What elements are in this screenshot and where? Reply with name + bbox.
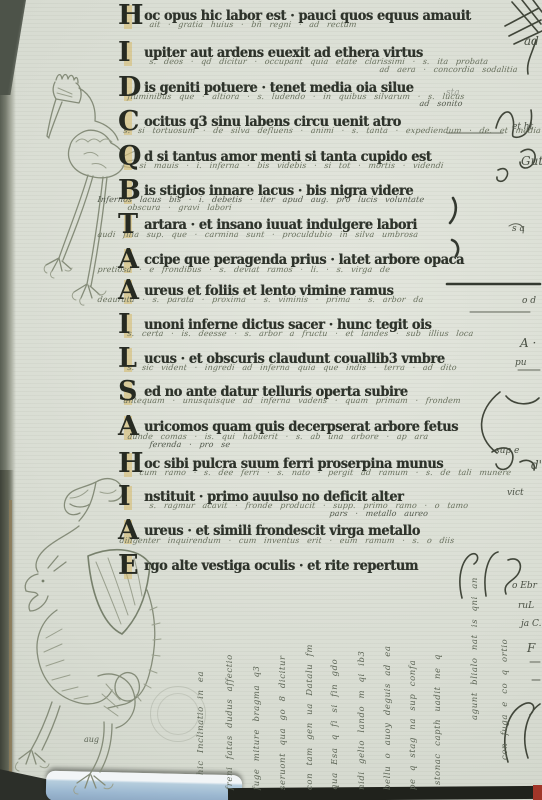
verse-initial: B [118, 176, 144, 206]
manuscript-page: aug Hoc opus hic labor est · pauci quos … [0, 0, 542, 800]
vertical-gloss-column: pe q stag na sup confa [408, 575, 418, 790]
interlinear-gloss: ferenda · pro se [149, 440, 231, 449]
verse-initial: I [118, 38, 144, 68]
vertical-gloss-column: bellu o auoy deguis ad ea [383, 578, 393, 790]
margin-annotation: sta [446, 88, 460, 98]
margin-annotation: ad [524, 34, 539, 48]
interlinear-gloss: si mauis · i. inferna · bis videbis · si… [139, 161, 444, 170]
margin-annotation: et ht [512, 122, 533, 132]
vertical-gloss-column: fuge miture bragma q3 [252, 578, 262, 790]
vertical-gloss-column: qua Esa q fi si fin gdo [330, 578, 340, 790]
interlinear-gloss: fluminibus que · altiora · s. ludendo · … [127, 92, 465, 101]
vertical-gloss-column: freni fatas dudus affectio [225, 578, 235, 790]
margin-annotation: ja C. [521, 619, 541, 629]
interlinear-gloss: pars · metallo aureo [329, 509, 428, 518]
margin-annotation: s a [512, 224, 525, 234]
verse-initial: I [118, 482, 144, 512]
vertical-gloss-column: hic Inclinatio in ea [196, 620, 206, 775]
vertical-gloss-column: seruont qua go 8 dicitur [278, 578, 288, 790]
interlinear-gloss: s. certa · is. deesse · s. arbor a fruct… [127, 329, 474, 338]
verse-initial: H [118, 449, 144, 479]
interlinear-gloss: ait · gratia huius · bñ regni · ad rectu… [149, 20, 357, 29]
interlinear-gloss: s. si tortuosum · de silva defluens · an… [123, 126, 541, 135]
vertical-gloss-column: stonac capth uadit ne q [433, 577, 443, 785]
margin-annotation: vict [507, 488, 524, 498]
margin-annotation: Gut [521, 154, 542, 168]
interlinear-gloss: diligenter inquirendum · cum inventus er… [119, 536, 455, 545]
margin-annotation: d' [531, 458, 542, 472]
verse-line: Ergo alte vestiga oculis · et rite reper… [118, 551, 442, 581]
verse-initial: D [118, 73, 144, 103]
interlinear-gloss: obscura · gravi labori [127, 203, 232, 212]
interlinear-gloss: audi filia sup. que · carmina sunt · pro… [97, 230, 419, 239]
margin-annotation: pu [515, 358, 527, 368]
interlinear-gloss: s. sic vident · ingredi ad inferna quia … [127, 363, 457, 372]
interlinear-gloss: pretiosa · e frondibus · s. deviat ramos… [97, 265, 390, 274]
interlinear-gloss: deaurata · s. parata · proxima · s. vimi… [97, 295, 424, 304]
interlinear-gloss: antequam · unusquisque ad inferna vadens… [123, 396, 461, 405]
verse-initial: E [118, 551, 144, 581]
vertical-gloss-column: agunt blialo nat is qni an [470, 578, 480, 720]
verse-initial: H [118, 1, 144, 31]
interlinear-gloss: ad sonito [419, 99, 463, 108]
margin-annotation: o Ebr [512, 581, 537, 591]
margin-annotation: F [527, 641, 535, 655]
margin-annotation: sup e [495, 446, 519, 456]
verse-text: rgo alte vestiga oculis · et rite repert… [144, 551, 418, 581]
margin-annotation: o d [522, 296, 536, 306]
verse-initial: Q [118, 142, 144, 172]
vertical-gloss-column: con tam gen ua Datalu fm [305, 575, 315, 790]
interlinear-gloss: ad aera · concordia sodalitia [379, 65, 518, 74]
margin-annotation: A · [520, 336, 536, 350]
margin-annotation: ruL [518, 601, 534, 611]
vertical-gloss-column: nidi gelio lando m qi ib3 [357, 575, 367, 790]
interlinear-gloss: cum ramo · s. dee ferri · s. nato · perg… [139, 468, 512, 477]
vertical-gloss-column: con fuga e co q ortio [500, 612, 510, 760]
